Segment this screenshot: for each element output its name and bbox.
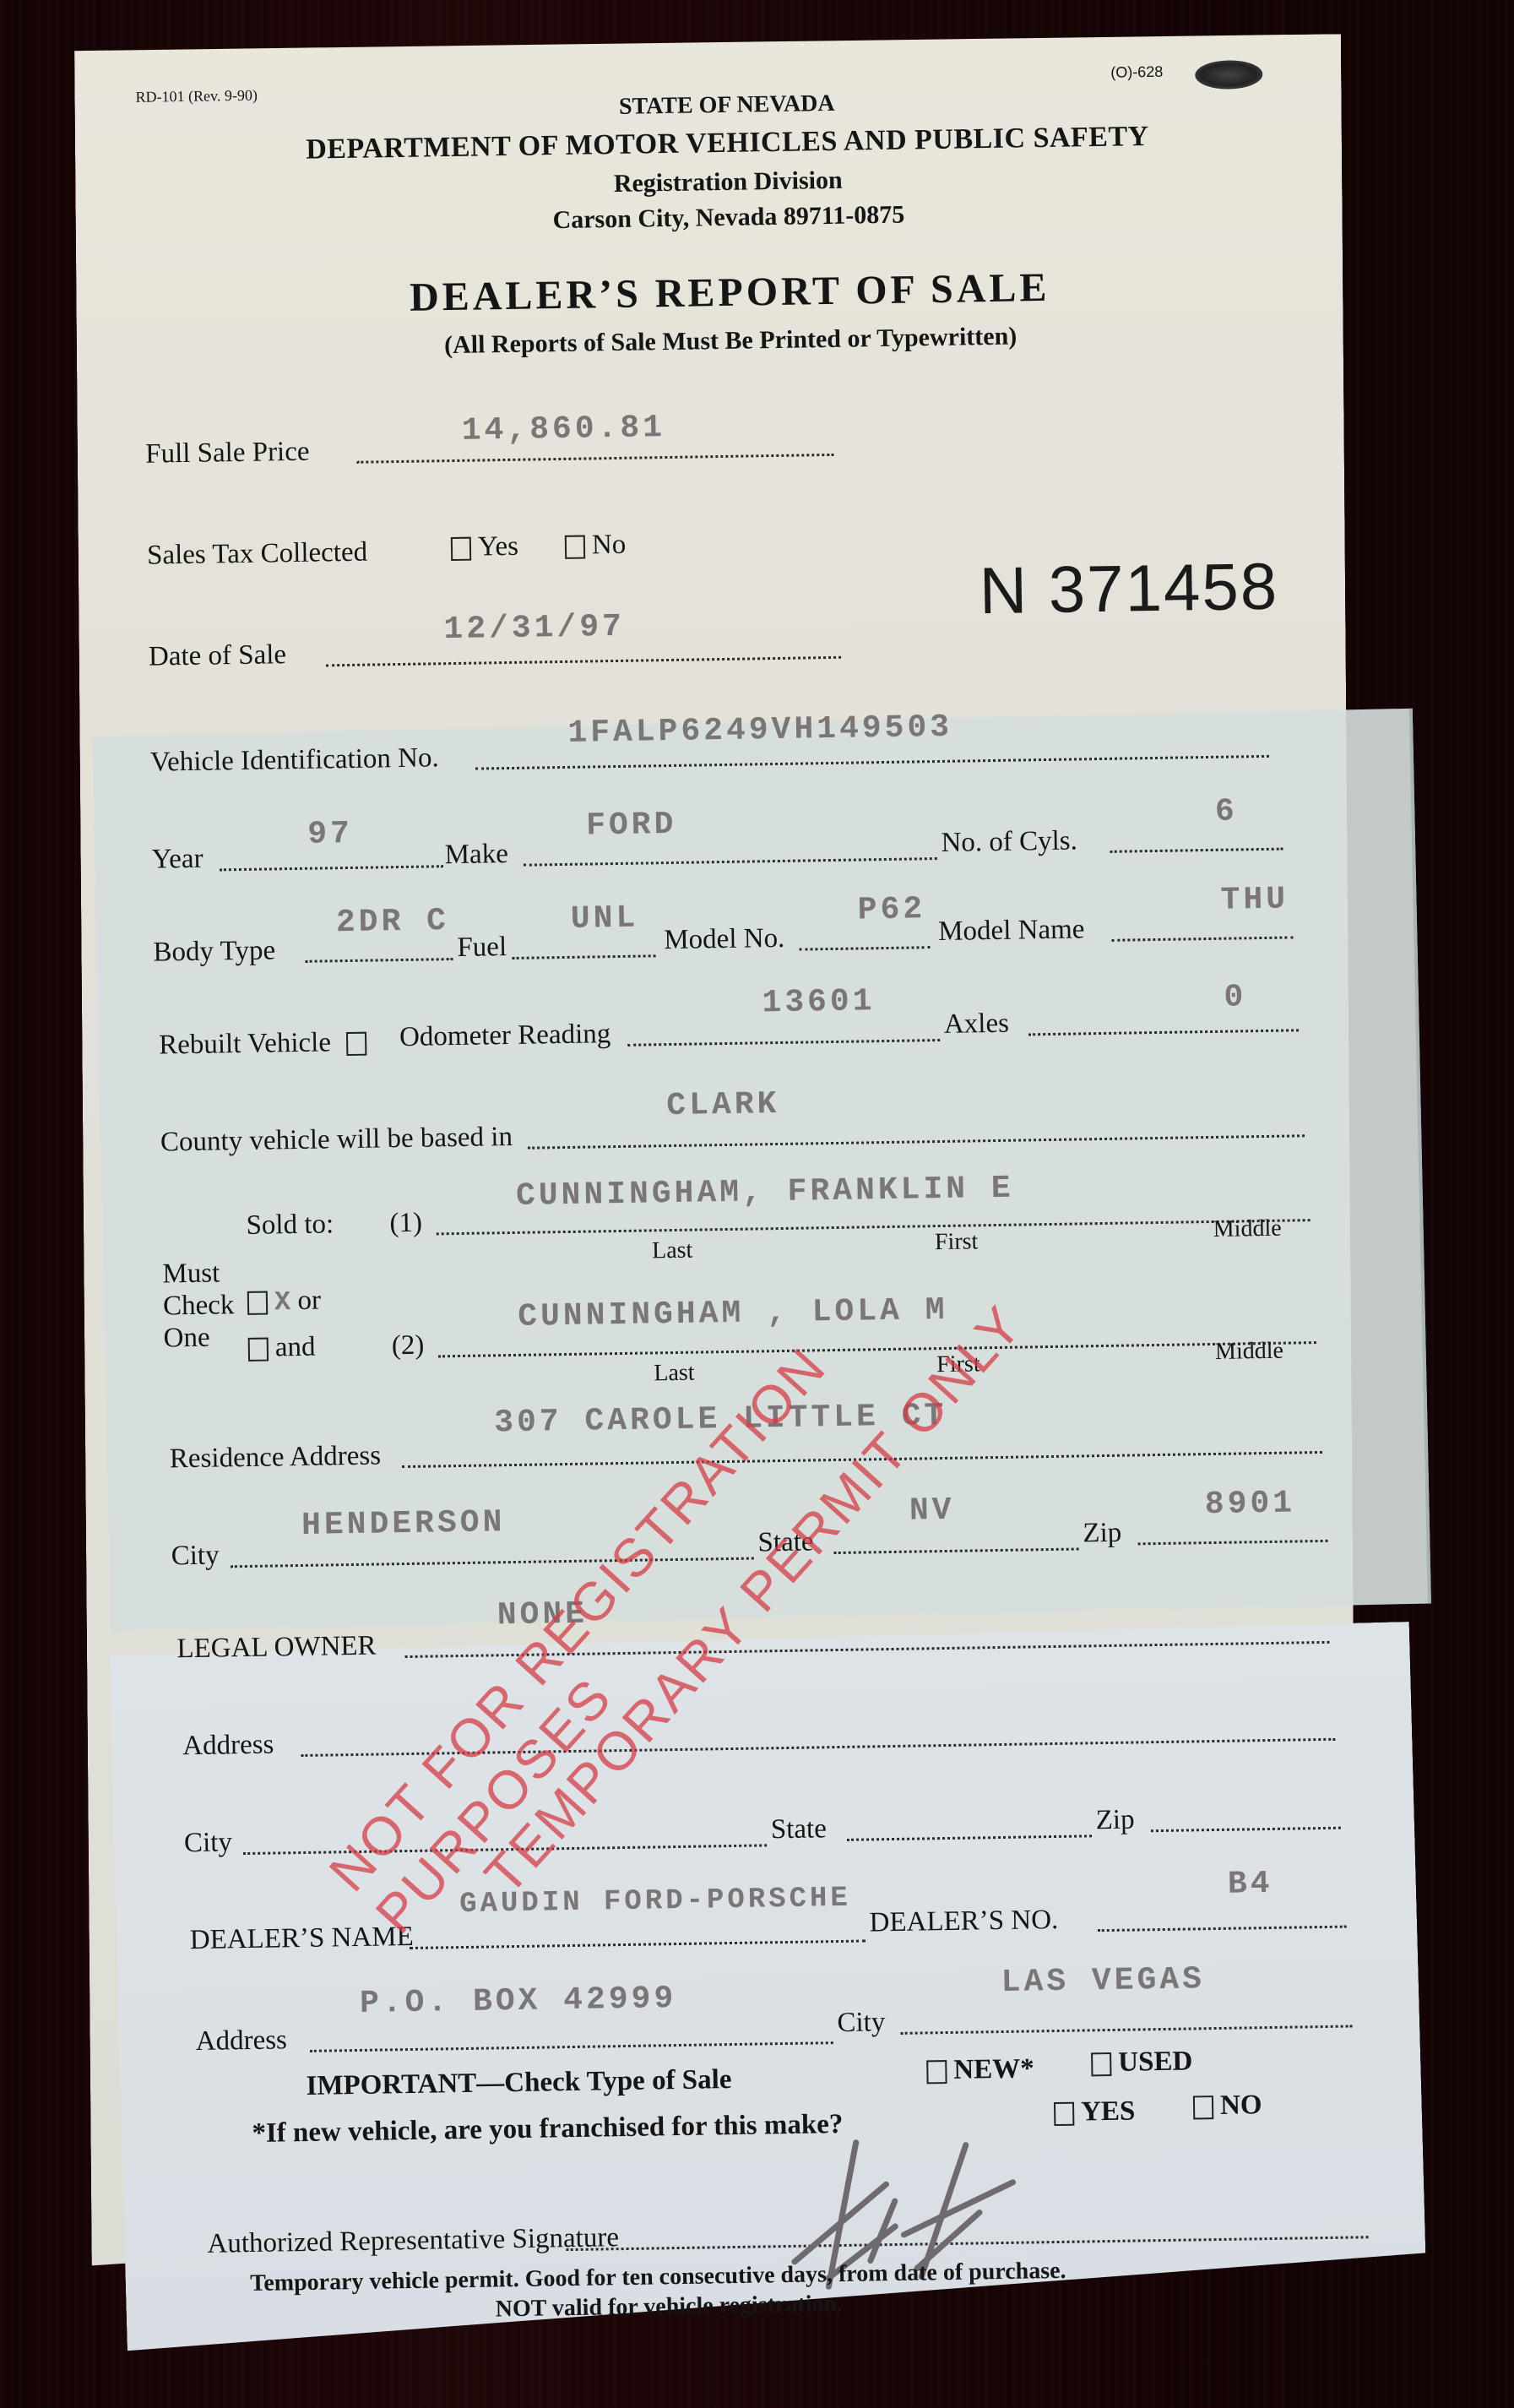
- axles-value[interactable]: 0: [1224, 979, 1246, 1015]
- county-label: County vehicle will be based in: [160, 1122, 513, 1159]
- dealer-city-label: City: [837, 2007, 885, 2039]
- buyer1-line: [437, 1219, 1311, 1235]
- dealer-address-line: [310, 2041, 833, 2052]
- vin-line: [475, 755, 1269, 770]
- year-line: [220, 865, 443, 871]
- dealer-no-label: DEALER’S NO.: [869, 1905, 1058, 1939]
- sales-tax-no-option[interactable]: No: [565, 530, 627, 562]
- model-no-label: Model No.: [664, 923, 785, 956]
- zip-value[interactable]: 8901: [1205, 1485, 1296, 1523]
- body-type-line: [306, 958, 453, 963]
- buyer-and-option[interactable]: and: [248, 1332, 316, 1364]
- type-of-sale-label: IMPORTANT—Check Type of Sale: [306, 2064, 731, 2102]
- buyer-and-checkbox[interactable]: [248, 1338, 269, 1362]
- dealer-address-value[interactable]: P.O. BOX 42999: [360, 1981, 677, 2022]
- legal-owner-city-label: City: [184, 1827, 232, 1859]
- body-type-label: Body Type: [153, 935, 275, 968]
- dealer-name-line: [410, 1940, 866, 1949]
- buyer1-number: (1): [389, 1208, 422, 1240]
- full-sale-price-line: [356, 454, 833, 464]
- sales-tax-no-label: No: [592, 530, 627, 561]
- buyer-or-option[interactable]: X or: [247, 1286, 322, 1318]
- date-of-sale-line: [326, 656, 841, 667]
- franchised-question: *If new vehicle, are you franchised for …: [252, 2109, 843, 2150]
- odometer-label: Odometer Reading: [399, 1019, 611, 1053]
- fuel-value[interactable]: UNL: [571, 900, 639, 938]
- franchised-yes-option[interactable]: YES: [1054, 2096, 1136, 2129]
- buyer-or-mark: X: [274, 1286, 291, 1318]
- printer-code: (O)-628: [1110, 63, 1163, 82]
- cylinders-line: [1110, 848, 1283, 853]
- full-sale-price-label: Full Sale Price: [145, 437, 310, 470]
- county-value[interactable]: CLARK: [666, 1086, 780, 1124]
- cylinders-value[interactable]: 6: [1215, 793, 1238, 829]
- state-value[interactable]: NV: [909, 1492, 955, 1530]
- buyer-or-checkbox[interactable]: [247, 1291, 268, 1315]
- buyer1-sub-middle: Middle: [1213, 1215, 1282, 1243]
- year-value[interactable]: 97: [307, 816, 353, 853]
- rebuilt-vehicle-label: Rebuilt Vehicle: [159, 1027, 331, 1060]
- body-type-value[interactable]: 2DR C: [336, 903, 450, 941]
- buyer-and-label: and: [275, 1332, 316, 1363]
- form-subtitle: (All Reports of Sale Must Be Printed or …: [131, 318, 1330, 365]
- odometer-value[interactable]: 13601: [762, 983, 876, 1021]
- rebuilt-vehicle-checkbox[interactable]: [346, 1032, 366, 1056]
- type-of-sale-new-label: NEW*: [953, 2053, 1034, 2085]
- type-of-sale-used-checkbox[interactable]: [1091, 2052, 1111, 2076]
- dealer-name-label: DEALER’S NAME: [190, 1922, 414, 1956]
- type-of-sale-used-label: USED: [1118, 2046, 1193, 2077]
- legal-owner-label: LEGAL OWNER: [176, 1631, 377, 1666]
- zip-label: Zip: [1083, 1518, 1121, 1550]
- make-line: [524, 857, 937, 867]
- must-check-one-label: Must Check One: [162, 1257, 235, 1354]
- footer-not-valid-note: NOT valid for vehicle registration.: [495, 2291, 843, 2323]
- sales-tax-no-checkbox[interactable]: [565, 535, 585, 559]
- sales-tax-label: Sales Tax Collected: [147, 537, 368, 572]
- sales-tax-yes-label: Yes: [478, 531, 519, 563]
- make-label: Make: [444, 839, 508, 871]
- legal-owner-state-line[interactable]: [847, 1835, 1092, 1841]
- model-name-line: [1111, 936, 1293, 941]
- buyer2-sub-last: Last: [654, 1360, 695, 1388]
- franchised-no-checkbox[interactable]: [1193, 2096, 1213, 2120]
- franchised-yes-checkbox[interactable]: [1054, 2102, 1074, 2126]
- buyer2-number: (2): [392, 1330, 425, 1362]
- residence-address-label: Residence Address: [170, 1440, 382, 1475]
- dealer-address-label: Address: [195, 2025, 287, 2057]
- buyer2-sub-middle: Middle: [1215, 1338, 1283, 1366]
- model-no-line: [799, 946, 930, 950]
- franchised-yes-label: YES: [1081, 2096, 1136, 2128]
- model-name-value[interactable]: THU: [1220, 882, 1289, 919]
- state-line: [834, 1548, 1079, 1555]
- zip-line: [1138, 1540, 1328, 1546]
- sold-to-label: Sold to:: [246, 1209, 334, 1242]
- fuel-line: [513, 954, 656, 959]
- legal-owner-zip-label: Zip: [1095, 1805, 1134, 1837]
- city-value[interactable]: HENDERSON: [301, 1504, 506, 1544]
- year-label: Year: [151, 844, 203, 876]
- signature-label: Authorized Representative Signature: [207, 2222, 619, 2260]
- dealer-city-line: [901, 2025, 1353, 2034]
- county-line: [528, 1134, 1305, 1149]
- legal-owner-address-label: Address: [182, 1730, 274, 1763]
- city-label: City: [171, 1540, 219, 1572]
- fuel-label: Fuel: [457, 932, 507, 964]
- model-no-value[interactable]: P62: [857, 891, 925, 928]
- make-value[interactable]: FORD: [586, 807, 677, 845]
- axles-label: Axles: [944, 1008, 1010, 1041]
- dealer-no-line: [1098, 1926, 1347, 1932]
- cylinders-label: No. of Cyls.: [941, 825, 1077, 859]
- dealers-report-of-sale-form: RD-101 (Rev. 9-90) (O)-628 STATE OF NEVA…: [127, 49, 1360, 2306]
- date-of-sale-label: Date of Sale: [149, 639, 287, 673]
- type-of-sale-new-checkbox[interactable]: [926, 2060, 947, 2084]
- vin-value[interactable]: 1FALP6249VH149503: [567, 709, 952, 752]
- franchised-no-label: NO: [1220, 2090, 1262, 2121]
- serial-number: N 371458: [979, 548, 1279, 630]
- form-title: DEALER’S REPORT OF SALE: [130, 260, 1330, 325]
- type-of-sale-used-option[interactable]: USED: [1091, 2046, 1193, 2079]
- axles-line: [1028, 1029, 1299, 1035]
- vin-label: Vehicle Identification No.: [150, 742, 439, 778]
- sales-tax-yes-option[interactable]: Yes: [451, 531, 519, 563]
- model-name-label: Model Name: [938, 914, 1085, 948]
- full-sale-price-value[interactable]: 14,860.81: [461, 410, 665, 449]
- rebuilt-vehicle-option[interactable]: Rebuilt Vehicle: [159, 1027, 374, 1062]
- dealer-no-value[interactable]: B4: [1228, 1866, 1273, 1903]
- legal-owner-zip-line[interactable]: [1151, 1827, 1341, 1833]
- date-of-sale-value[interactable]: 12/31/97: [443, 609, 625, 648]
- buyer-or-label: or: [297, 1286, 321, 1316]
- odometer-line: [627, 1039, 940, 1046]
- sales-tax-yes-checkbox[interactable]: [451, 537, 471, 561]
- franchised-no-option[interactable]: NO: [1193, 2090, 1262, 2122]
- dealer-city-value[interactable]: LAS VEGAS: [1001, 1961, 1205, 2001]
- buyer1-sub-last: Last: [652, 1237, 693, 1265]
- legal-owner-state-label: State: [771, 1813, 828, 1845]
- type-of-sale-new-option[interactable]: NEW*: [926, 2053, 1034, 2086]
